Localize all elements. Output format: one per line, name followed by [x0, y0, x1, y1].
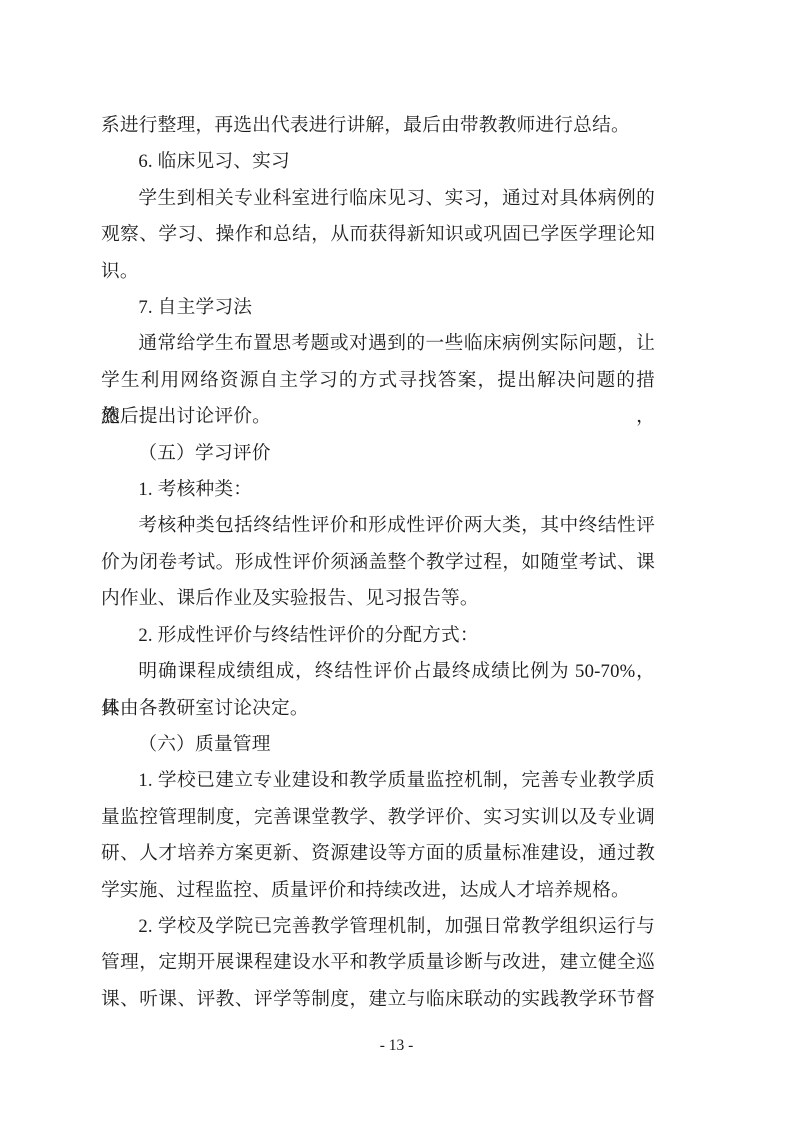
heading-line: 6. 临床见习、实习 — [101, 144, 655, 180]
text-line: 价为闭卷考试。形成性评价须涵盖整个教学过程，如随堂考试、课 — [101, 545, 655, 581]
text-line: 学实施、过程监控、质量评价和持续改进，达成人才培养规格。 — [101, 873, 655, 909]
heading-line: （五）学习评价 — [101, 436, 655, 472]
document-page: 系进行整理，再选出代表进行讲解，最后由带教教师进行总结。 6. 临床见习、实习 … — [0, 0, 793, 1122]
text-line: 体由各教研室讨论决定。 — [101, 691, 655, 727]
text-line: 通常给学生布置思考题或对遇到的一些临床病例实际问题，让 — [101, 326, 655, 362]
heading-line: 2. 形成性评价与终结性评价的分配方式： — [101, 618, 655, 654]
heading-line: （六）质量管理 — [101, 727, 655, 763]
text-line: 内作业、课后作业及实验报告、见习报告等。 — [101, 581, 655, 617]
heading-line: 7. 自主学习法 — [101, 290, 655, 326]
text-line: 学生利用网络资源自主学习的方式寻找答案，提出解决问题的措施， — [101, 363, 655, 399]
text-line: 学生到相关专业科室进行临床见习、实习，通过对具体病例的 — [101, 181, 655, 217]
page-number: - 13 - — [0, 1036, 793, 1056]
text-line: 观察、学习、操作和总结，从而获得新知识或巩固已学医学理论知 — [101, 217, 655, 253]
text-line: 管理，定期开展课程建设水平和教学质量诊断与改进，建立健全巡 — [101, 945, 655, 981]
text-line: 量监控管理制度，完善课堂教学、教学评价、实习实训以及专业调 — [101, 800, 655, 836]
text-block: 系进行整理，再选出代表进行讲解，最后由带教教师进行总结。 6. 临床见习、实习 … — [101, 108, 655, 1018]
heading-line: 1. 考核种类： — [101, 472, 655, 508]
text-line: 考核种类包括终结性评价和形成性评价两大类，其中终结性评 — [101, 508, 655, 544]
text-line: 2. 学校及学院已完善教学管理机制，加强日常教学组织运行与 — [101, 909, 655, 945]
text-line: 识。 — [101, 254, 655, 290]
text-line: 课、听课、评教、评学等制度，建立与临床联动的实践教学环节督 — [101, 982, 655, 1018]
text-line: 1. 学校已建立专业建设和教学质量监控机制，完善专业教学质 — [101, 763, 655, 799]
text-line: 研、人才培养方案更新、资源建设等方面的质量标准建设，通过教 — [101, 836, 655, 872]
text-line: 明确课程成绩组成，终结性评价占最终成绩比例为 50-70%，具 — [101, 654, 655, 690]
text-line: 系进行整理，再选出代表进行讲解，最后由带教教师进行总结。 — [101, 108, 655, 144]
